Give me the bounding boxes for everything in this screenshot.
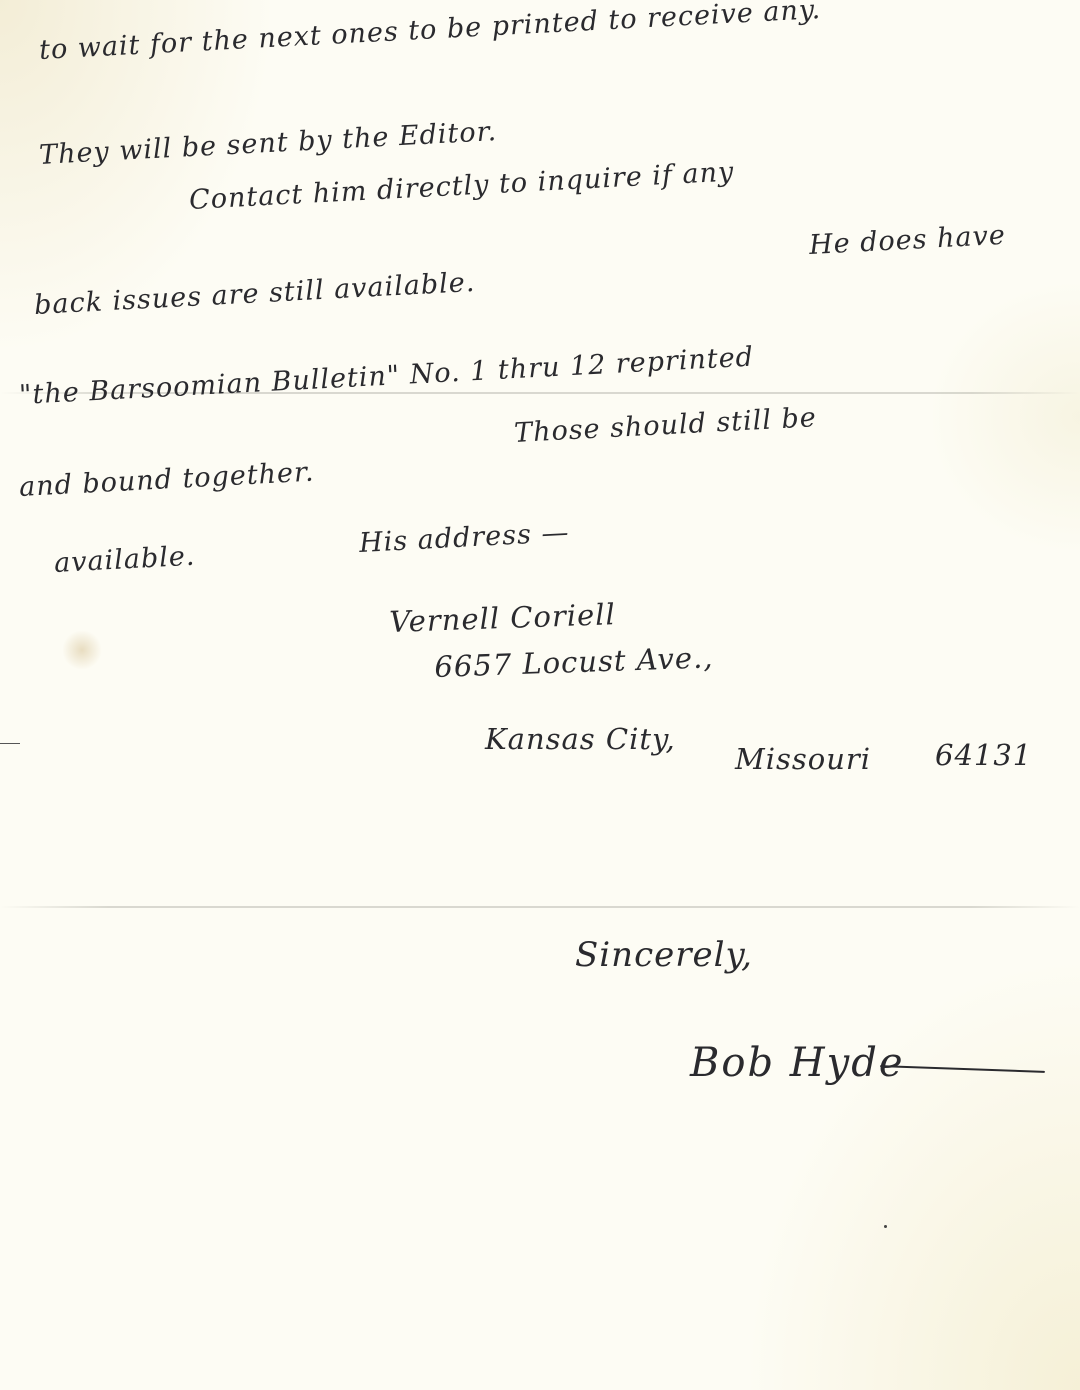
letter-line-6: "the Barsoomian Bulletin" No. 1 thru 12 …: [18, 342, 754, 411]
letter-line-8: Those should still be: [513, 402, 817, 449]
fold-line-lower: [0, 906, 1080, 908]
address-city: Kansas City,: [485, 722, 676, 756]
address-street: 6657 Locust Ave.,: [434, 640, 714, 684]
letter-page: to wait for the next ones to be printed …: [0, 0, 1080, 1390]
letter-line-7: and bound together.: [18, 457, 315, 503]
letter-line-10: His address —: [358, 517, 570, 559]
address-name: Vernell Coriell: [389, 597, 616, 639]
margin-mark: [0, 743, 20, 744]
letter-line-4: back issues are still available.: [33, 267, 476, 321]
address-zip: 64131: [935, 738, 1032, 772]
letter-line-2: They will be sent by the Editor.: [38, 116, 497, 171]
signature: Bob Hyde: [690, 1040, 905, 1086]
closing: Sincerely,: [575, 935, 753, 975]
letter-line-9: available.: [53, 541, 196, 579]
letter-line-5: He does have: [808, 220, 1006, 261]
address-state: Missouri: [735, 742, 871, 776]
letter-line-1: to wait for the next ones to be printed …: [38, 0, 821, 66]
letter-line-3: Contact him directly to inquire if any: [188, 156, 735, 216]
ink-speck: [884, 1225, 887, 1228]
paper-stain: [62, 630, 102, 670]
